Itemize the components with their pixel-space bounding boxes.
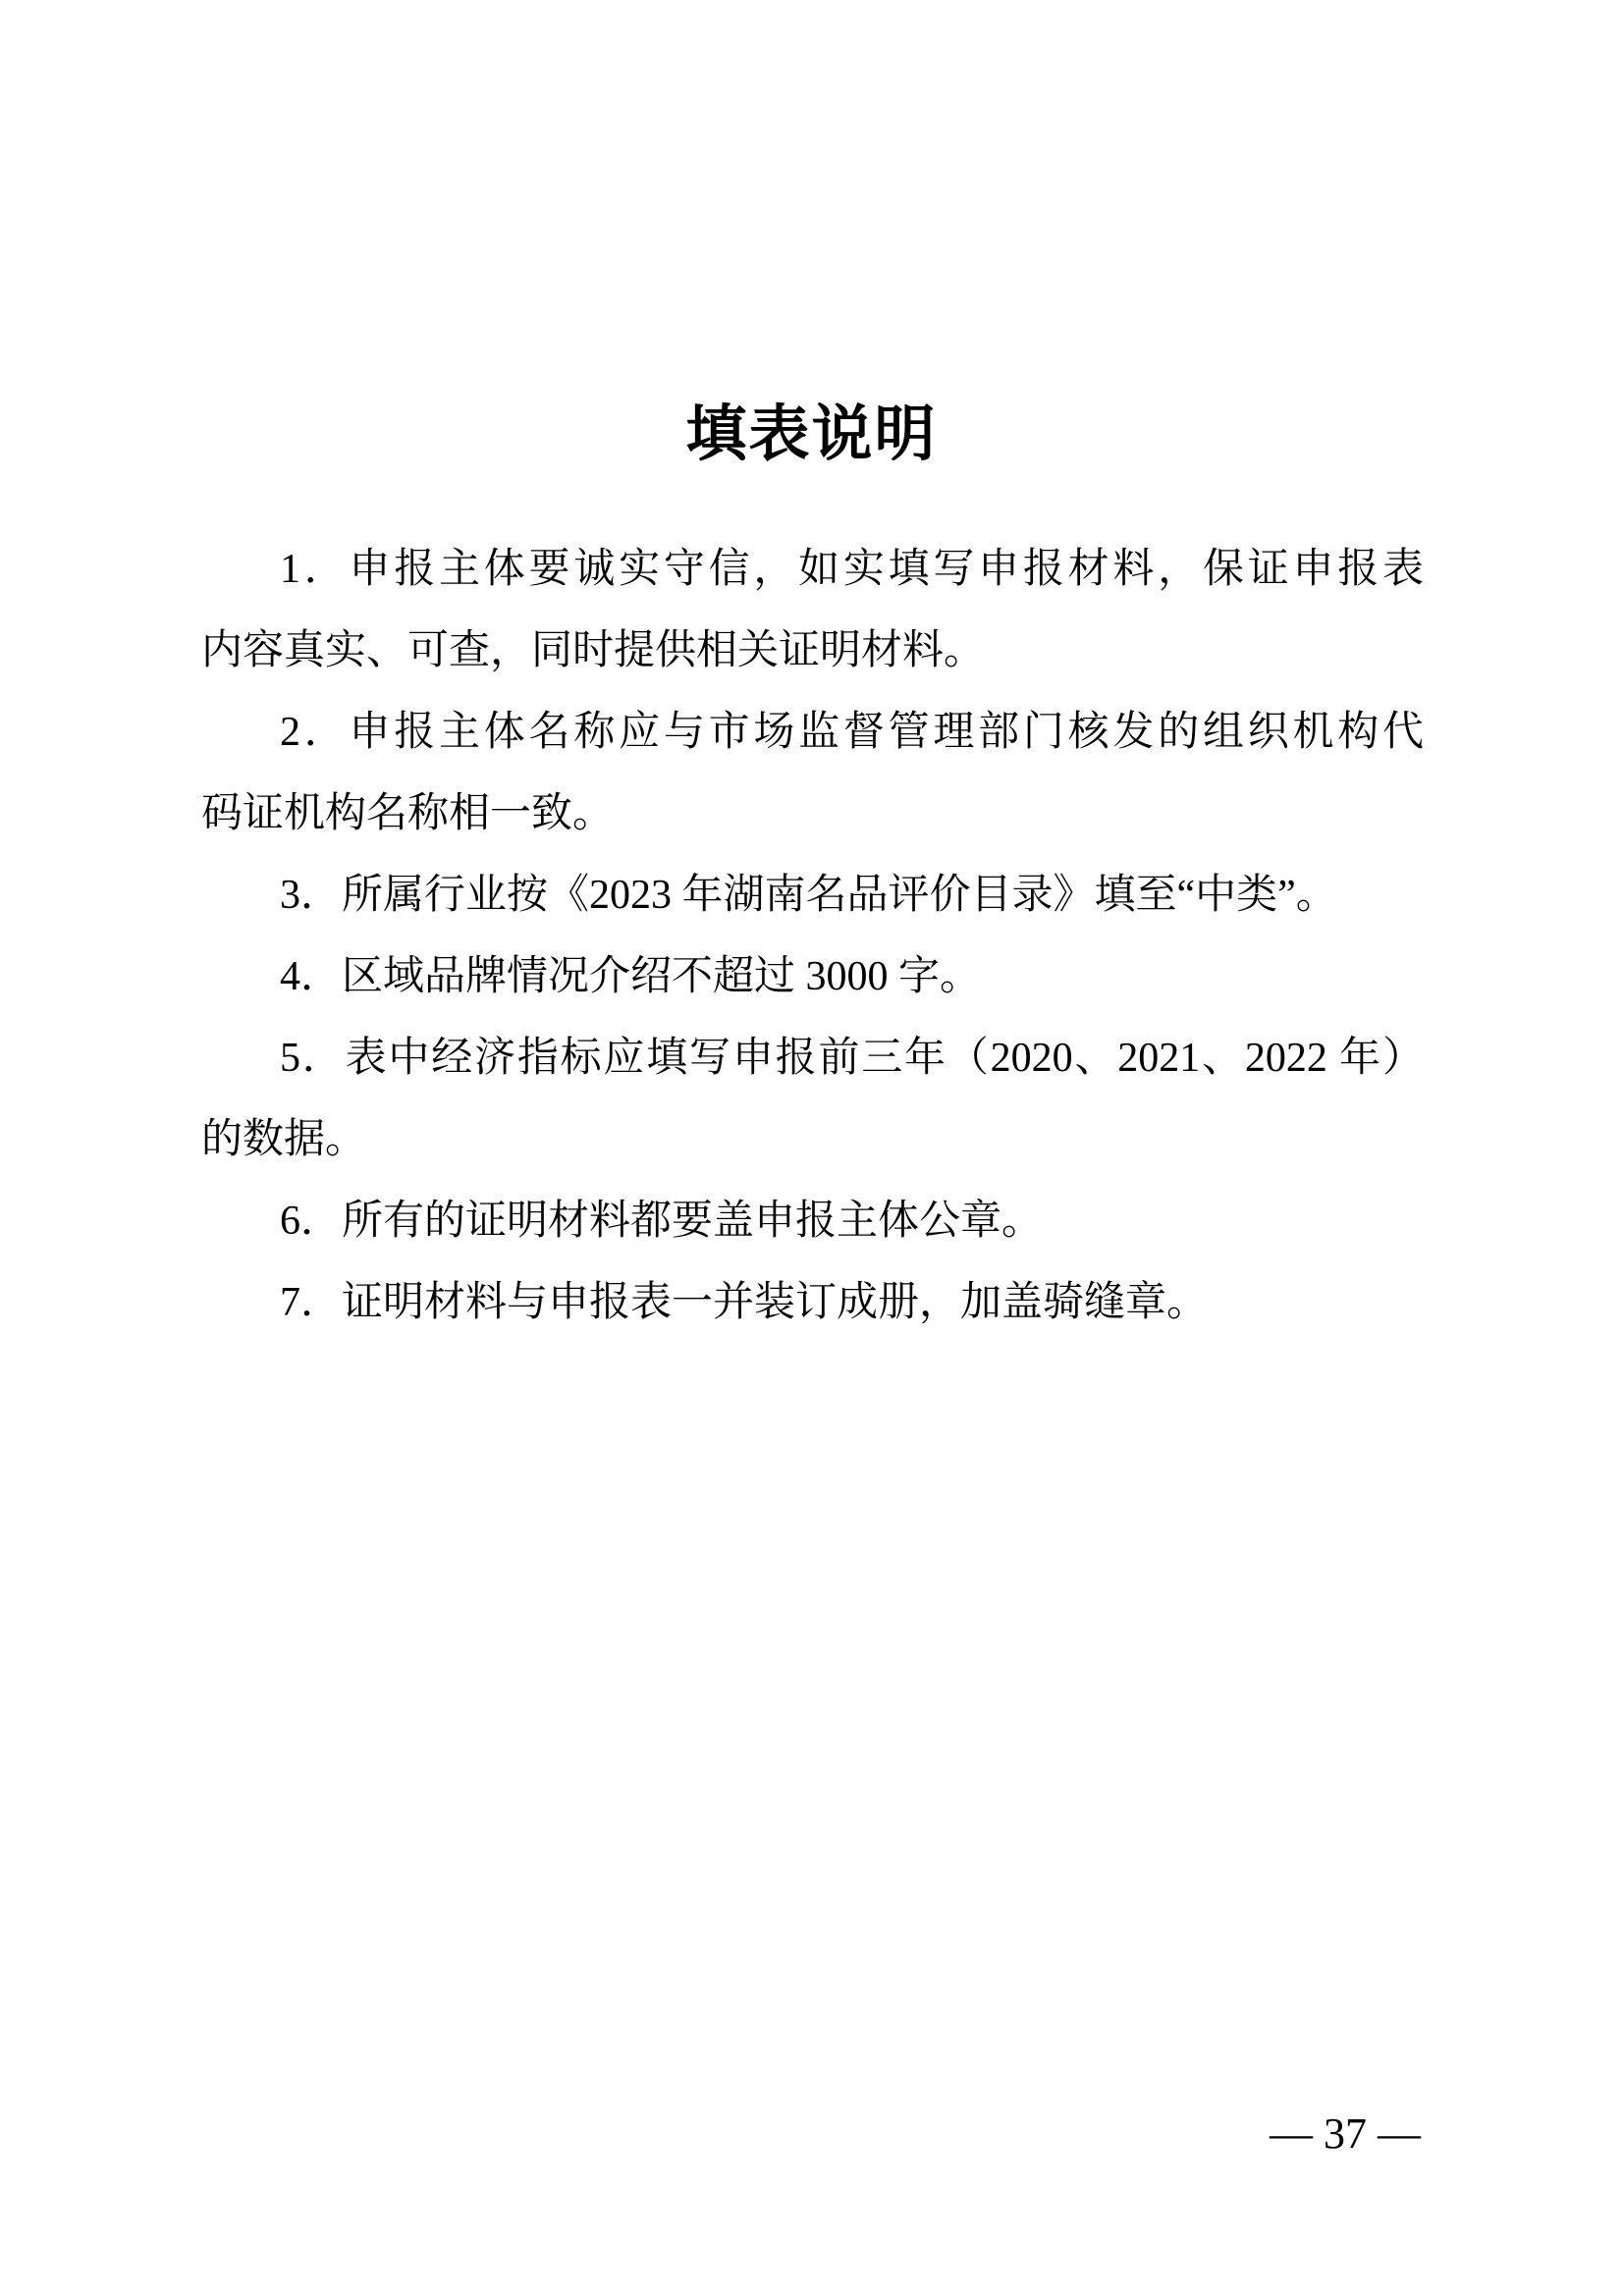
instructions-body: 1．申报主体要诚实守信，如实填写申报材料，保证申报表 内容真实、可查，同时提供相…: [201, 529, 1424, 1344]
instruction-1-line-2: 内容真实、可查，同时提供相关证明材料。: [201, 611, 1424, 692]
instruction-2-line-1: 2．申报主体名称应与市场监督管理部门核发的组织机构代: [201, 692, 1424, 774]
instruction-5-line-1: 5．表中经济指标应填写申报前三年（2020、2021、2022 年）: [201, 1018, 1424, 1099]
instruction-6-line-1: 6．所有的证明材料都要盖申报主体公章。: [201, 1181, 1424, 1262]
instruction-3-line-1: 3．所属行业按《2023 年湖南名品评价目录》填至“中类”。: [201, 855, 1424, 936]
instruction-2-line-2: 码证机构名称相一致。: [201, 774, 1424, 855]
document-page: 填表说明 1．申报主体要诚实守信，如实填写申报材料，保证申报表 内容真实、可查，…: [0, 0, 1623, 2296]
instruction-5-line-2: 的数据。: [201, 1099, 1424, 1181]
page-title: 填表说明: [0, 391, 1623, 479]
instruction-1-line-1: 1．申报主体要诚实守信，如实填写申报材料，保证申报表: [201, 529, 1424, 611]
page-number: — 37 —: [1270, 2109, 1421, 2160]
instruction-4-line-1: 4．区域品牌情况介绍不超过 3000 字。: [201, 936, 1424, 1018]
instruction-7-line-1: 7．证明材料与申报表一并装订成册，加盖骑缝章。: [201, 1262, 1424, 1344]
